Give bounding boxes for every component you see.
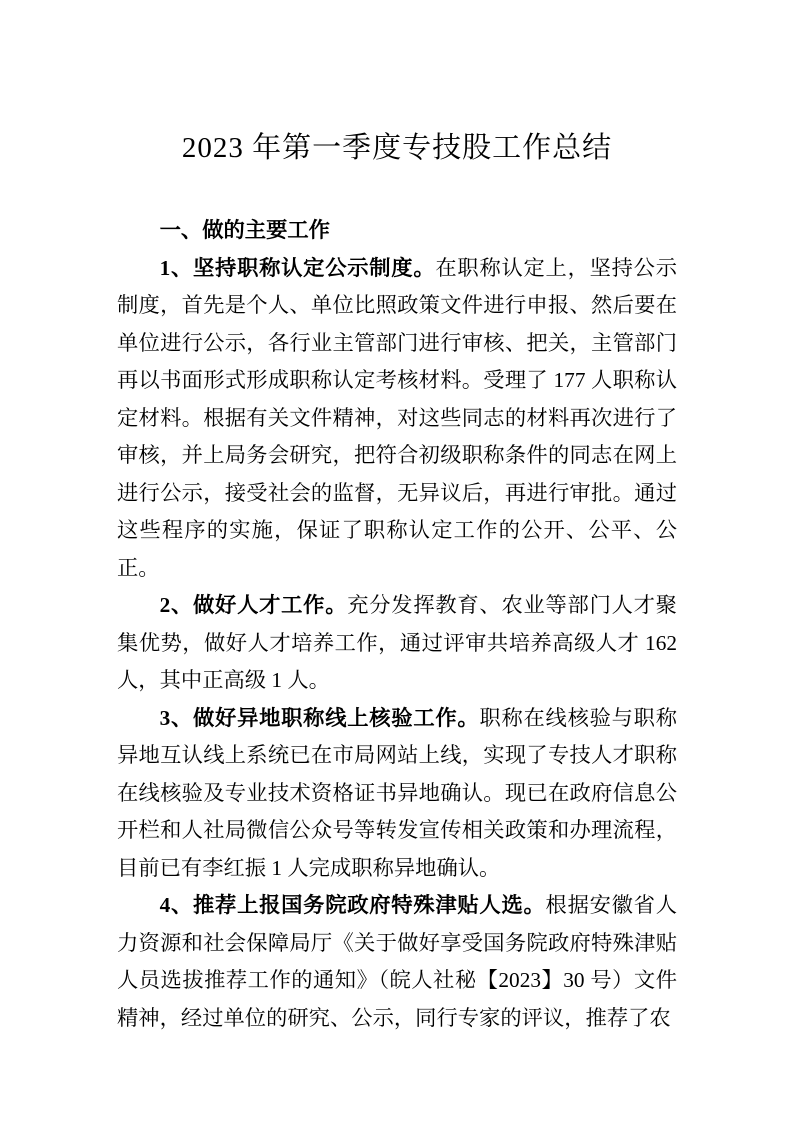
paragraph-lead: 4、推荐上报国务院政府特殊津贴人选。 — [160, 893, 546, 917]
paragraph-lead: 1、坚持职称认定公示制度。 — [160, 256, 436, 280]
section-heading: 一、做的主要工作 — [117, 212, 677, 250]
paragraph: 3、做好异地职称线上核验工作。职称在线核验与职称异地互认线上系统已在市局网站上线… — [117, 700, 677, 888]
document-body: 1、坚持职称认定公示制度。在职称认定上，坚持公示制度，首先是个人、单位比照政策文… — [117, 250, 677, 1038]
document-title: 2023 年第一季度专技股工作总结 — [117, 127, 677, 169]
paragraph-lead: 2、做好人才工作。 — [160, 593, 348, 617]
paragraph-body: 在职称认定上，坚持公示制度，首先是个人、单位比照政策文件进行申报、然后要在单位进… — [117, 256, 677, 580]
paragraph-body: 职称在线核验与职称异地互认线上系统已在市局网站上线，实现了专技人才职称在线核验及… — [117, 706, 677, 880]
paragraph: 1、坚持职称认定公示制度。在职称认定上，坚持公示制度，首先是个人、单位比照政策文… — [117, 250, 677, 588]
document-page: 2023 年第一季度专技股工作总结 一、做的主要工作 1、坚持职称认定公示制度。… — [0, 0, 793, 1122]
paragraph: 4、推荐上报国务院政府特殊津贴人选。根据安徽省人力资源和社会保障局厅《关于做好享… — [117, 887, 677, 1037]
paragraph-lead: 3、做好异地职称线上核验工作。 — [160, 706, 480, 730]
paragraph: 2、做好人才工作。充分发挥教育、农业等部门人才聚集优势，做好人才培养工作，通过评… — [117, 587, 677, 700]
